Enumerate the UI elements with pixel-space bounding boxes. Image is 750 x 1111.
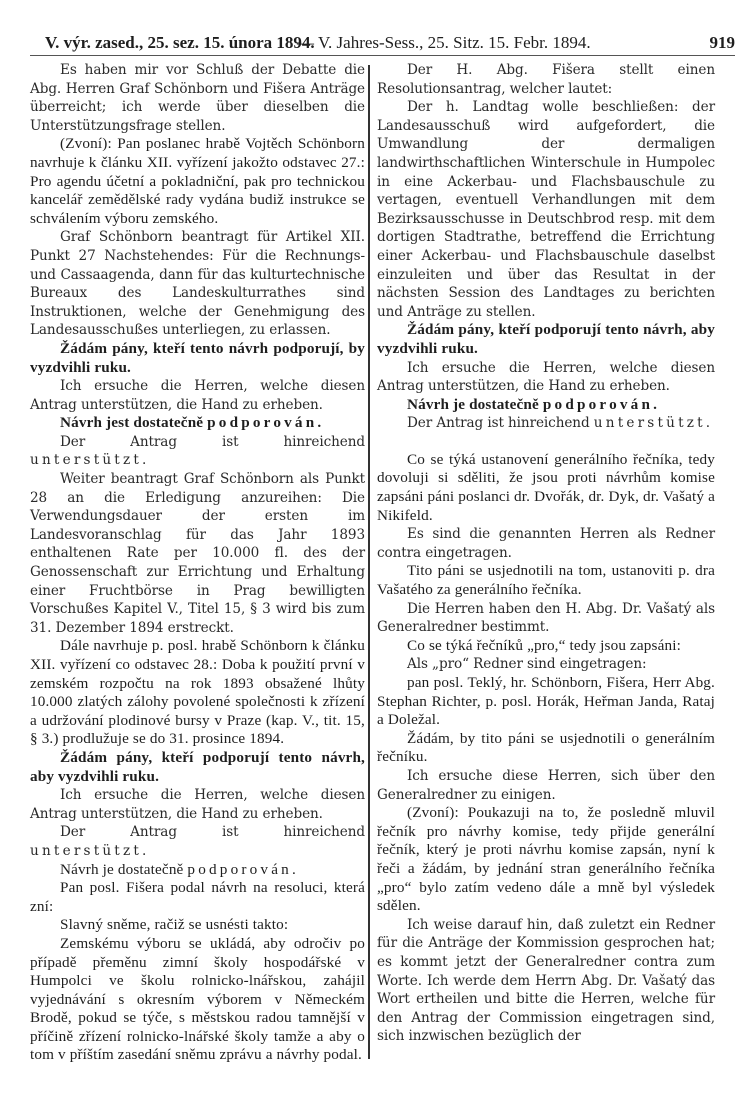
column-divider (368, 65, 370, 1059)
paragraph: Zemskému výboru se ukládá, aby odročiv p… (30, 935, 365, 1065)
header-german: — V. Jahres-Sess., 25. Sitz. 15. Febr. 1… (297, 33, 591, 53)
paragraph: Ich ersuche diese Herren, sich über den … (377, 767, 715, 804)
paragraph: Als „pro“ Redner sind eingetragen: (377, 655, 715, 674)
paragraph: Es haben mir vor Schluß der Debatte die … (30, 61, 365, 135)
paragraph: Žádám pány, kteří podporují tento návrh,… (377, 321, 715, 358)
left-column: Es haben mir vor Schluß der Debatte die … (30, 61, 365, 1065)
paragraph: pan posl. Teklý, hr. Schönborn, Fišera, … (377, 674, 715, 730)
paragraph: Dále navrhuje p. posl. hrabě Schönborn k… (30, 637, 365, 749)
paragraph: Ich weise darauf hin, daß zuletzt ein Re… (377, 916, 715, 1046)
paragraph: Ich ersuche die Herren, welche diesen An… (30, 786, 365, 823)
running-header: V. výr. zased., 25. sez. 15. února 1894.… (30, 33, 735, 56)
paragraph: Der H. Abg. Fišera stellt einen Resoluti… (377, 61, 715, 98)
page-number: 919 (710, 33, 736, 53)
section-gap (377, 433, 715, 451)
paragraph: Návrh je dostatečně podporován. (377, 396, 715, 415)
paragraph: Návrh je dostatečně podporován. (30, 861, 365, 880)
paragraph: Weiter beantragt Graf Schönborn als Punk… (30, 470, 365, 637)
paragraph: Návrh jest dostatečně podporován. (30, 414, 365, 433)
paragraph: Co se týká řečníků „pro,“ tedy jsou zaps… (377, 637, 715, 656)
right-column: Der H. Abg. Fišera stellt einen Resoluti… (377, 61, 715, 1046)
paragraph: (Zvoní): Pan poslanec hrabě Vojtěch Schö… (30, 135, 365, 228)
paragraph: Graf Schönborn beantragt für Artikel XII… (30, 228, 365, 340)
paragraph: Žádám pány, kteří tento návrh podporují,… (30, 340, 365, 377)
paragraph: Ich ersuche die Herren, welche diesen An… (30, 377, 365, 414)
paragraph: Die Herren haben den H. Abg. Dr. Vašatý … (377, 600, 715, 637)
paragraph: Tito páni se usjednotili na tom, ustanov… (377, 562, 715, 599)
paragraph: Ich ersuche die Herren, welche diesen An… (377, 359, 715, 396)
paragraph: Der Antrag ist hinreichend unterstützt. (377, 414, 715, 433)
paragraph: Der h. Landtag wolle beschließen: der La… (377, 98, 715, 321)
paragraph: Pan posl. Fišera podal návrh na resoluci… (30, 879, 365, 916)
paragraph: Der Antrag ist hinreichend unterstützt. (30, 433, 365, 470)
paragraph: Žádám pány, kteří podporují tento návrh,… (30, 749, 365, 786)
paragraph: Slavný sněme, račiž se usnésti takto: (30, 916, 365, 935)
paragraph: Žádám, by tito páni se usjednotili o gen… (377, 730, 715, 767)
paragraph: Der Antrag ist hinreichend unterstützt. (30, 823, 365, 860)
paragraph: (Zvoní): Poukazuji na to, že posledně ml… (377, 804, 715, 916)
paragraph: Es sind die genannten Herren als Redner … (377, 525, 715, 562)
header-czech: V. výr. zased., 25. sez. 15. února 1894. (45, 33, 315, 53)
paragraph: Co se týká ustanovení generálního řečník… (377, 451, 715, 525)
